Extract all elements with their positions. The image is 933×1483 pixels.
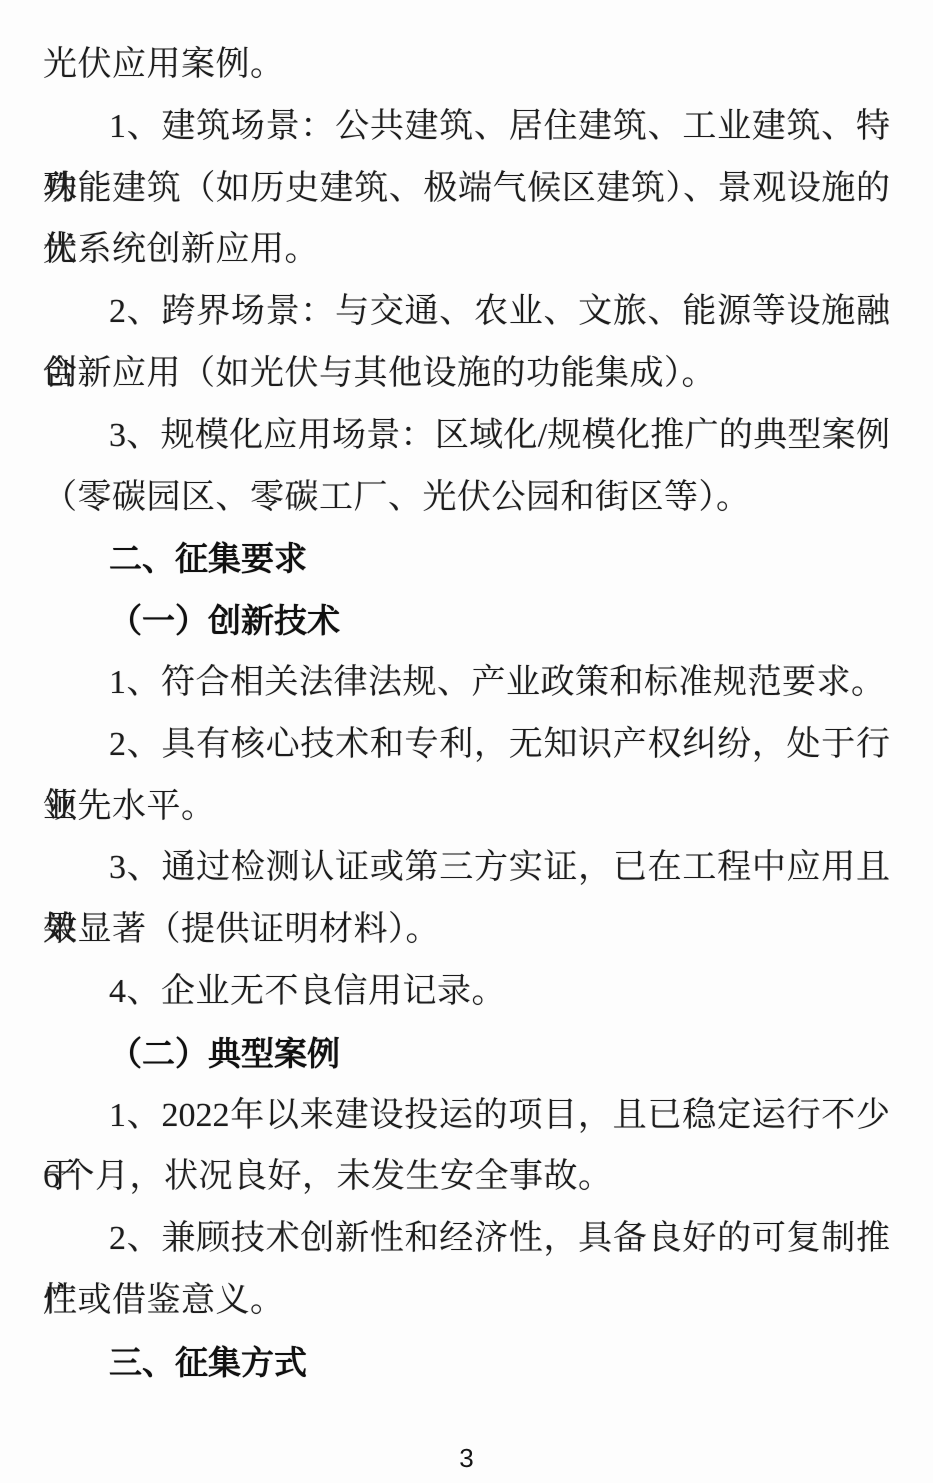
section-heading: 三、征集方式 xyxy=(43,1332,890,1394)
text-line: 性或借鉴意义。 xyxy=(43,1270,890,1332)
text-line: 果显著（提供证明材料）。 xyxy=(43,899,890,961)
text-line: 创新应用（如光伏与其他设施的功能集成）。 xyxy=(43,343,890,405)
section-heading: （一）创新技术 xyxy=(43,590,890,652)
text-line: 3、通过检测认证或第三方实证，已在工程中应用且效 xyxy=(43,837,890,899)
text-line: 2、跨界场景：与交通、农业、文旅、能源等设施融合 xyxy=(43,281,890,343)
text-line: 3、规模化应用场景：区域化/规模化推广的典型案例 xyxy=(43,405,890,467)
text-line: 4、企业无不良信用记录。 xyxy=(43,961,890,1023)
text-line: 2、具有核心技术和专利，无知识产权纠纷，处于行业 xyxy=(43,714,890,776)
text-line: 领先水平。 xyxy=(43,776,890,838)
text-line: 1、2022年以来建设投运的项目，且已稳定运行不少于 xyxy=(43,1085,890,1147)
text-line: 光伏应用案例。 xyxy=(43,34,890,96)
text-line: 伏系统创新应用。 xyxy=(43,219,890,281)
text-line: 1、符合相关法律法规、产业政策和标准规范要求。 xyxy=(43,652,890,714)
document-page: 光伏应用案例。 1、建筑场景：公共建筑、居住建筑、工业建筑、特殊 功能建筑（如历… xyxy=(0,0,933,1483)
text-line: （零碳园区、零碳工厂、光伏公园和街区等）。 xyxy=(43,467,890,529)
text-line: 6个月，状况良好，未发生安全事故。 xyxy=(43,1146,890,1208)
section-heading: （二）典型案例 xyxy=(43,1023,890,1085)
page-number: 3 xyxy=(0,1443,933,1474)
section-heading: 二、征集要求 xyxy=(43,528,890,590)
text-line: 2、兼顾技术创新性和经济性，具备良好的可复制推广 xyxy=(43,1208,890,1270)
document-body: 光伏应用案例。 1、建筑场景：公共建筑、居住建筑、工业建筑、特殊 功能建筑（如历… xyxy=(43,34,890,1394)
text-line: 功能建筑（如历史建筑、极端气候区建筑）、景观设施的光 xyxy=(43,158,890,220)
text-line: 1、建筑场景：公共建筑、居住建筑、工业建筑、特殊 xyxy=(43,96,890,158)
